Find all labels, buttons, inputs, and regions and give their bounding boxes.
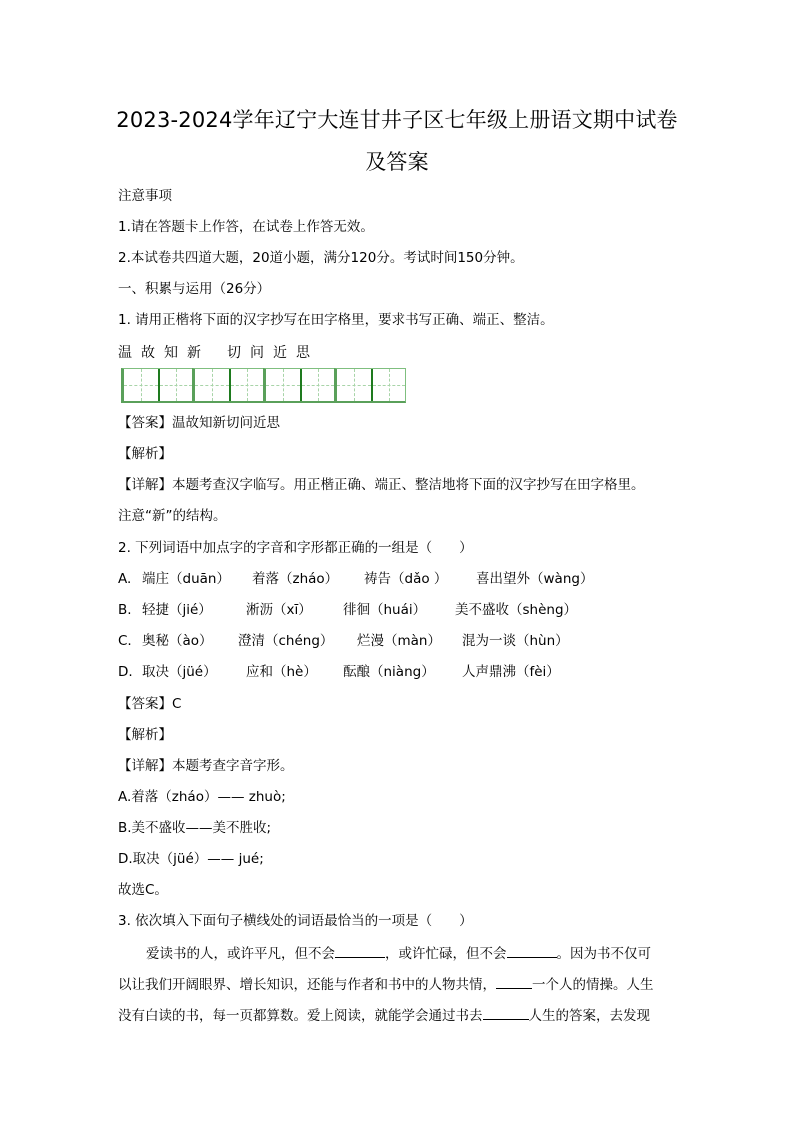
q1-characters: 温故知新切问近思 bbox=[118, 342, 319, 362]
q1-detail-line1: 【详解】本题考查汉字临写。用正楷正确、端正、整洁地将下面的汉字抄写在田字格里。 bbox=[118, 476, 645, 494]
document-title-line2: 及答案 bbox=[0, 146, 794, 176]
passage-text: 。因为书不仅可 bbox=[557, 946, 652, 962]
fill-blank-3 bbox=[496, 974, 532, 989]
q3-passage-line3: 没有白读的书，每一页都算数。爱上阅读，就能学会通过书去人生的答案，去发现 bbox=[118, 1005, 650, 1025]
option-label: D. bbox=[118, 663, 133, 681]
fill-blank-2 bbox=[507, 943, 557, 958]
q2-detail: 【详解】本题考查字音字形。 bbox=[118, 757, 294, 775]
grid-cell bbox=[229, 369, 263, 401]
grid-group bbox=[263, 368, 334, 403]
char: 问 bbox=[250, 342, 264, 362]
option-word: 混为一谈（hùn） bbox=[462, 632, 569, 650]
exam-page: 2023-2024学年辽宁大连甘井子区七年级上册语文期中试卷 及答案 注意事项 … bbox=[0, 0, 794, 1123]
char: 温 bbox=[118, 342, 132, 362]
grid-cell bbox=[266, 369, 300, 401]
q1-detail-line2: 注意“新”的结构。 bbox=[118, 507, 227, 525]
option-word: 应和（hè） bbox=[246, 663, 317, 681]
char: 知 bbox=[164, 342, 178, 362]
grid-group bbox=[121, 368, 192, 403]
option-label: A. bbox=[118, 570, 131, 588]
notice-item-2: 2.本试卷共四道大题，20道小题，满分120分。考试时间150分钟。 bbox=[118, 249, 524, 267]
q2-explanation-b: B.美不盛收——美不胜收; bbox=[118, 819, 271, 837]
document-title-line1: 2023-2024学年辽宁大连甘井子区七年级上册语文期中试卷 bbox=[0, 104, 794, 134]
passage-text: ，或许忙碌，但不会 bbox=[385, 946, 507, 962]
q1-analysis: 【解析】 bbox=[118, 445, 172, 463]
option-label: C. bbox=[118, 632, 132, 650]
q1-prompt: 1. 请用正楷将下面的汉字抄写在田字格里，要求书写正确、端正、整洁。 bbox=[118, 311, 554, 329]
option-word: 取决（jüé） bbox=[142, 663, 217, 681]
q3-prompt: 3. 依次填入下面句子横线处的词语最恰当的一项是（ ） bbox=[118, 912, 473, 930]
grid-cell bbox=[124, 369, 158, 401]
q3-passage-line2: 以让我们开阔眼界、增长知识，还能与作者和书中的人物共情，一个人的情操。人生 bbox=[118, 974, 654, 994]
char: 切 bbox=[227, 342, 241, 362]
option-word: 着落（zháo） bbox=[252, 570, 338, 588]
grid-cell bbox=[337, 369, 371, 401]
passage-text: 没有白读的书，每一页都算数。爱上阅读，就能学会通过书去 bbox=[118, 1008, 483, 1024]
char: 近 bbox=[273, 342, 287, 362]
q1-answer: 【答案】温故知新切问近思 bbox=[118, 414, 280, 432]
passage-text: 人生的答案，去发现 bbox=[529, 1008, 651, 1024]
char: 新 bbox=[187, 342, 201, 362]
option-word: 淅沥（xī） bbox=[246, 601, 312, 619]
option-word: 奥秘（ào） bbox=[142, 632, 213, 650]
grid-cell bbox=[371, 369, 405, 401]
q2-prompt: 2. 下列词语中加点字的字音和字形都正确的一组是（ ） bbox=[118, 539, 473, 557]
grid-group bbox=[334, 368, 406, 403]
fill-blank-1 bbox=[335, 943, 385, 958]
section-1-heading: 一、积累与运用（26分） bbox=[118, 280, 270, 298]
option-word: 人声鼎沸（fèi） bbox=[462, 663, 560, 681]
tianzige-grid bbox=[121, 368, 406, 403]
q2-explanation-d: D.取决（jüé）—— jué; bbox=[118, 850, 264, 868]
q3-passage-line1: 爱读书的人，或许平凡，但不会，或许忙碌，但不会。因为书不仅可 bbox=[146, 943, 651, 963]
passage-text: 一个人的情操。人生 bbox=[532, 977, 654, 993]
q2-answer: 【答案】C bbox=[118, 695, 181, 713]
grid-cell bbox=[195, 369, 229, 401]
grid-cell bbox=[158, 369, 192, 401]
grid-group bbox=[192, 368, 263, 403]
char: 思 bbox=[296, 342, 310, 362]
passage-text: 爱读书的人，或许平凡，但不会 bbox=[146, 946, 335, 962]
q2-analysis: 【解析】 bbox=[118, 726, 172, 744]
option-word: 澄清（chéng） bbox=[238, 632, 333, 650]
option-word: 轻捷（jié） bbox=[142, 601, 212, 619]
option-word: 喜出望外（wàng） bbox=[476, 570, 593, 588]
option-word: 酝酿（niàng） bbox=[343, 663, 435, 681]
notice-item-1: 1.请在答题卡上作答，在试卷上作答无效。 bbox=[118, 218, 374, 236]
grid-cell bbox=[300, 369, 334, 401]
option-word: 祷告（dǎo ） bbox=[364, 570, 447, 588]
fill-blank-4 bbox=[483, 1005, 529, 1020]
option-word: 美不盛收（shèng） bbox=[455, 601, 577, 619]
notice-heading: 注意事项 bbox=[118, 187, 172, 205]
option-word: 徘徊（huái） bbox=[343, 601, 426, 619]
q2-conclusion: 故选C。 bbox=[118, 881, 168, 899]
option-label: B. bbox=[118, 601, 132, 619]
option-word: 端庄（duān） bbox=[142, 570, 230, 588]
q2-explanation-a: A.着落（zháo）—— zhuò; bbox=[118, 788, 286, 806]
passage-text: 以让我们开阔眼界、增长知识，还能与作者和书中的人物共情， bbox=[118, 977, 496, 993]
char: 故 bbox=[141, 342, 155, 362]
option-word: 烂漫（màn） bbox=[357, 632, 441, 650]
